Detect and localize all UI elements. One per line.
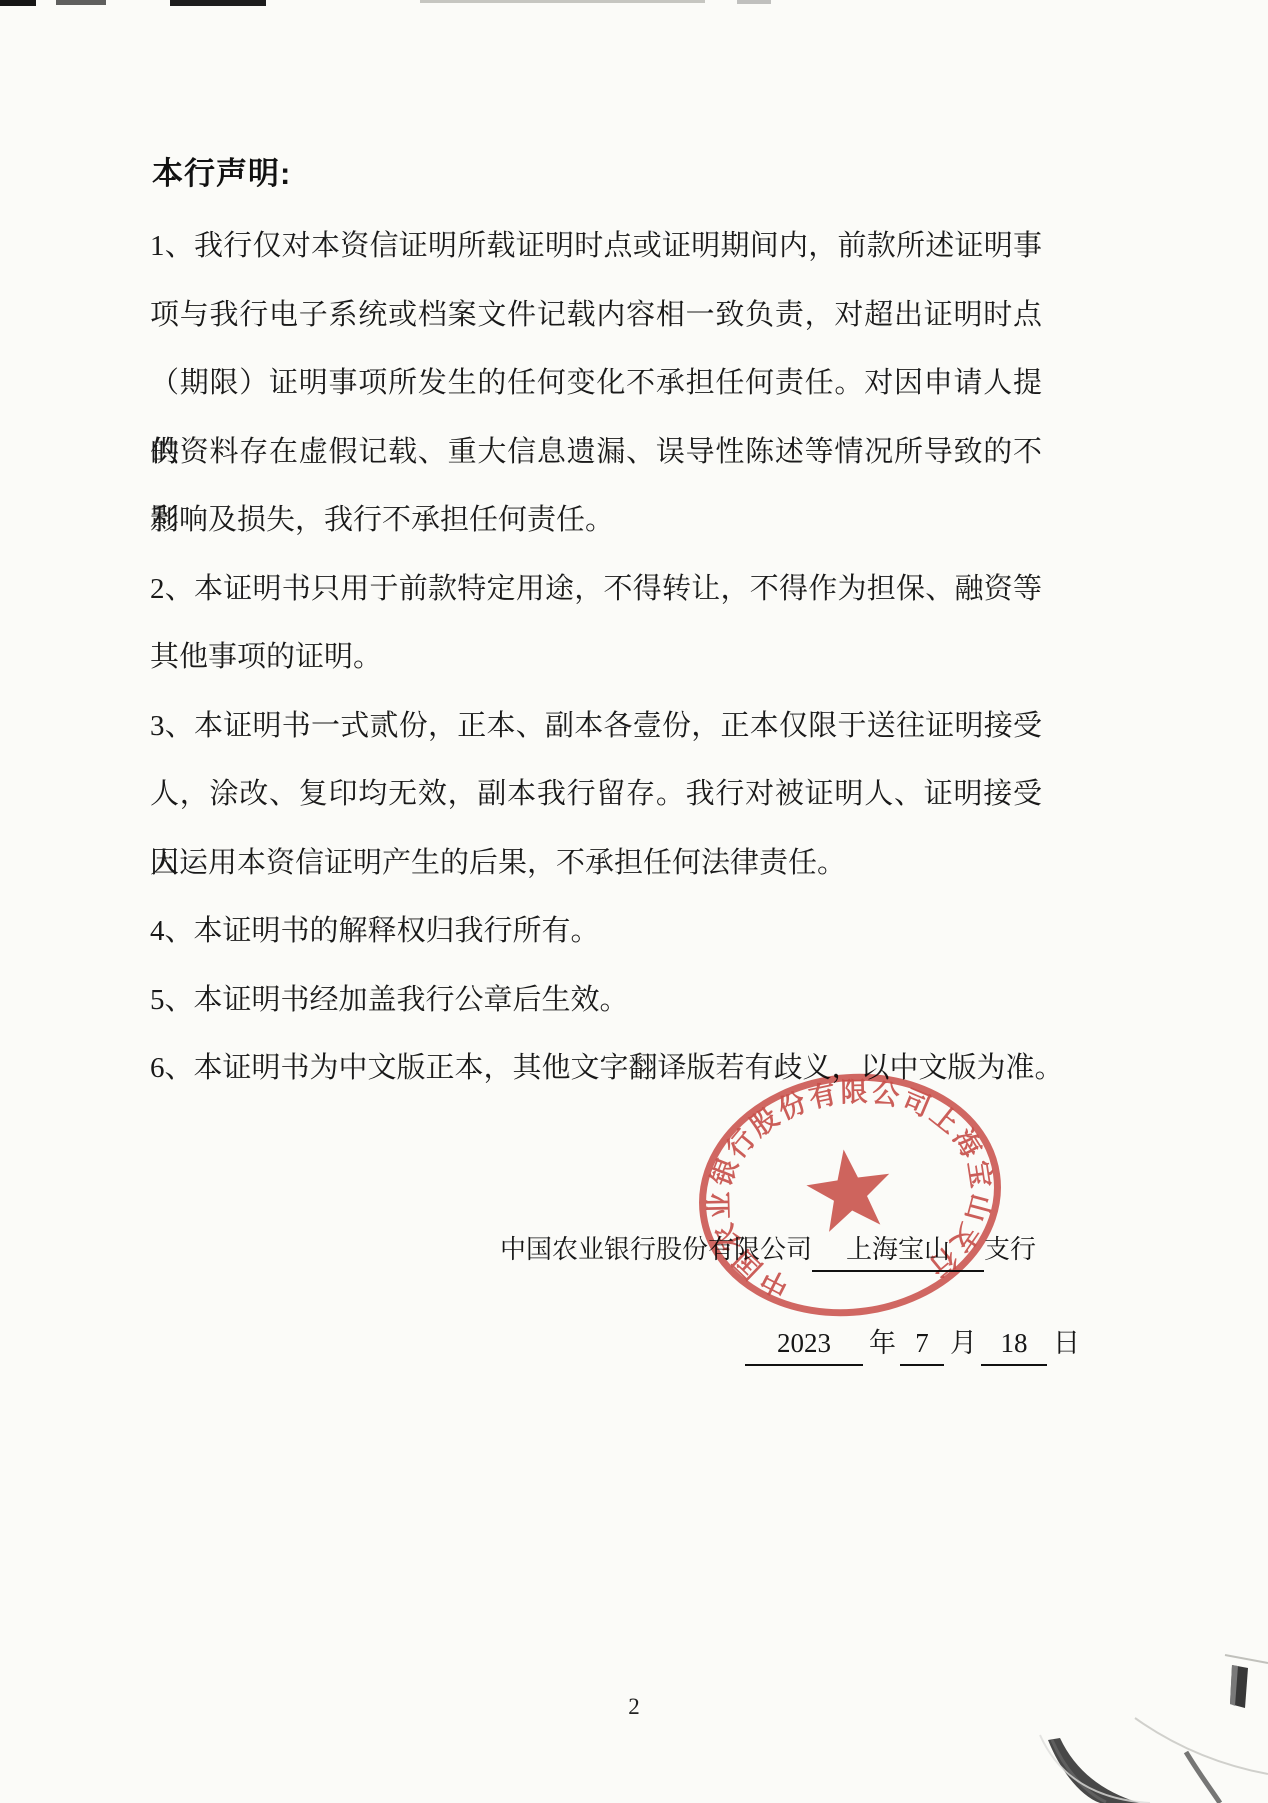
declaration-line: 5、本证明书经加盖我行公章后生效。 [150, 966, 1042, 1035]
branch-suffix: 支行 [984, 1235, 1036, 1264]
date-month-underlined: 7 [900, 1322, 944, 1366]
scanned-document-page: 本行声明: 1、我行仅对本资信证明所载证明时点或证明期间内，前款所述证明事 项与… [0, 0, 1268, 1803]
declaration-line: 3、本证明书一式贰份，正本、副本各壹份，正本仅限于送往证明接受 [150, 692, 1042, 761]
date-day-underlined: 18 [981, 1322, 1047, 1366]
declaration-line: 人，涂改、复印均无效，副本我行留存。我行对被证明人、证明接受人 [150, 760, 1042, 829]
year-label: 年 [869, 1322, 896, 1364]
declaration-line: （期限）证明事项所发生的任何变化不承担任何责任。对因申请人提供 [150, 349, 1042, 418]
date-year-underlined: 2023 [745, 1322, 863, 1366]
declaration-line: 项与我行电子系统或档案文件记载内容相一致负责，对超出证明时点 [150, 281, 1042, 350]
scan-artifact [170, 0, 266, 6]
declaration-line: 6、本证明书为中文版正本，其他文字翻译版若有歧义，以中文版为准。 [150, 1034, 1042, 1103]
declaration-line: 2、本证明书只用于前款特定用途，不得转让，不得作为担保、融资等 [150, 555, 1042, 624]
fold-edge-artifact [1135, 1718, 1268, 1774]
declaration-line: 因运用本资信证明产生的后果，不承担任何法律责任。 [150, 829, 1042, 898]
branch-name-underlined: 上海宝山 [812, 1230, 984, 1272]
declaration-body: 1、我行仅对本资信证明所载证明时点或证明期间内，前款所述证明事 项与我行电子系统… [150, 212, 1042, 1103]
scan-artifact [420, 0, 705, 3]
declaration-line: 4、本证明书的解释权归我行所有。 [150, 897, 1042, 966]
scan-artifact [737, 0, 771, 4]
scan-artifact [56, 0, 106, 5]
corner-scan-artifacts [1000, 1600, 1268, 1803]
page-title: 本行声明: [152, 148, 291, 193]
declaration-line: 的资料存在虚假记载、重大信息遗漏、误导性陈述等情况所导致的不利 [150, 418, 1042, 487]
seal-star-icon [802, 1144, 896, 1234]
declaration-line: 1、我行仅对本资信证明所载证明时点或证明期间内，前款所述证明事 [150, 212, 1042, 281]
declaration-line: 影响及损失，我行不承担任何责任。 [150, 486, 1042, 555]
scan-artifact [0, 0, 36, 6]
month-label: 月 [950, 1322, 977, 1364]
day-label: 日 [1053, 1322, 1080, 1364]
bank-name: 中国农业银行股份有限公司 [500, 1235, 812, 1264]
scan-line-artifact [1225, 1655, 1268, 1663]
declaration-line: 其他事项的证明。 [150, 623, 1042, 692]
bank-signature-line: 中国农业银行股份有限公司上海宝山支行 [500, 1230, 1036, 1272]
signature-date-line: 2023年7月18日 [745, 1322, 1084, 1366]
